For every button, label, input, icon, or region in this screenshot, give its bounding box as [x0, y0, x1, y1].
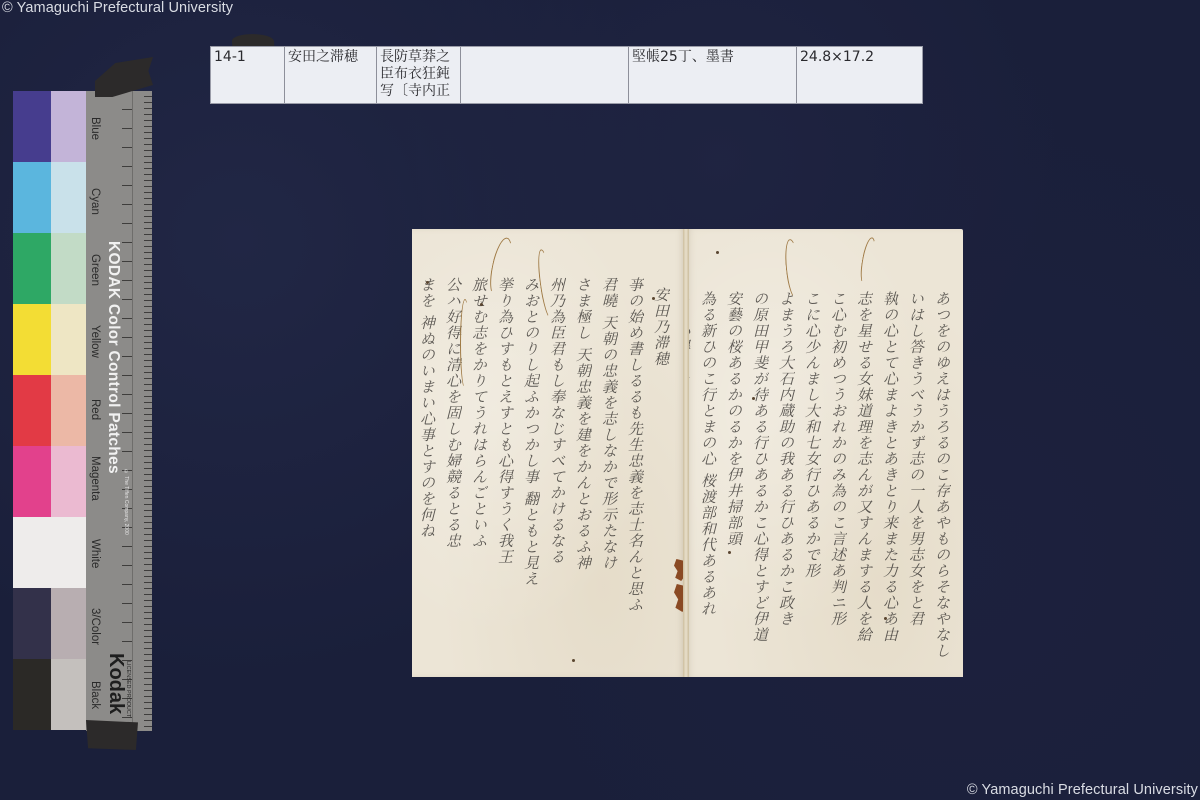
- ink-speck: [572, 659, 575, 662]
- ruler-inch-ticks: [132, 91, 152, 731]
- kodak-chart-title: KODAK Color Control Patches: [104, 241, 122, 474]
- kodak-ruler: Blue Cyan Green Yellow Red Magenta White…: [86, 91, 152, 731]
- text-column: 為る新ひのこ行とまの心 桜渡部和代あるあれ: [698, 291, 719, 677]
- patch-green: [13, 233, 86, 304]
- ink-speck: [426, 281, 429, 284]
- patch-white: [13, 517, 86, 588]
- label-cyan: Cyan: [89, 188, 101, 215]
- patch-cyan: [13, 162, 86, 233]
- catalog-author: 長防草莽之臣布衣狂鈍写〔寺内正: [377, 47, 461, 103]
- catalog-label-table: 14-1 安田之滞穂 長防草莽之臣布衣狂鈍写〔寺内正 堅帳25丁、墨書 24.8…: [210, 46, 923, 104]
- text-column: 安田乃滞穂: [651, 287, 672, 677]
- color-control-patches: [13, 91, 86, 731]
- text-column: みおとのりし起ふかつかし事 翻ともと見え: [521, 277, 542, 677]
- ink-speck: [752, 397, 755, 400]
- text-column: 旅せむ志をかりてうれはらんごといふ: [469, 277, 490, 677]
- patch-yellow: [13, 304, 86, 375]
- label-green: Green: [89, 254, 101, 286]
- left-page-text: 安田乃滞穂 亊の始め書しるるも先生忠義を志士名んと思ふ 君曉 天朝の忠義を志しな…: [416, 277, 672, 677]
- text-column: 州乃為臣君もし奉なじすべてかけるなる: [547, 277, 568, 677]
- text-column: 亊の始め書しるるも先生忠義を志士名んと思ふ: [625, 277, 646, 677]
- catalog-title: 安田之滞穂: [285, 47, 377, 103]
- text-column: の原田甲斐が待ある行ひあるかこ心得とすど伊道: [750, 291, 771, 677]
- label-white: White: [89, 539, 101, 568]
- manuscript-spine: [683, 229, 689, 677]
- catalog-format: 堅帳25丁、墨書: [629, 47, 797, 103]
- text-column: 君曉 天朝の忠義を志しなかで形示たなけ: [599, 277, 620, 677]
- label-magenta: Magenta: [89, 456, 101, 501]
- text-column: いはし答きうべうかず志の一人を男志女をと君: [906, 291, 927, 677]
- manuscript-left-page: 安田乃滞穂 亊の始め書しるるも先生忠義を志士名んと思ふ 君曉 天朝の忠義を志しな…: [412, 229, 686, 677]
- text-column: 安藝の桜あるかのるかを伊井掃部頭: [724, 291, 745, 677]
- patch-3color: [13, 588, 86, 659]
- ink-speck: [652, 297, 655, 300]
- label-blue: Blue: [89, 117, 101, 140]
- right-page-text: あつをのゆえはうろるのこ存あやものらそなやなし いはし答きうべうかず志の一人を男…: [726, 291, 953, 677]
- patch-black: [13, 659, 86, 730]
- wormhole-damage: [858, 236, 878, 285]
- copyright-watermark-top: © Yamaguchi Prefectural University: [2, 0, 233, 16]
- patch-magenta: [13, 446, 86, 517]
- patch-blue: [13, 91, 86, 162]
- text-column: あつをのゆえはうろるのこ存あやものらそなやなし: [932, 291, 953, 677]
- ink-speck: [884, 617, 887, 620]
- text-column: まを 神ぬのいまい心事とすのを何ね: [417, 277, 438, 677]
- catalog-date: [461, 47, 629, 103]
- tape-chart-bottom: [86, 720, 138, 750]
- text-column: こに心少んまし大和七女行ひあるかで形: [802, 291, 823, 677]
- text-column: こ心む初めつうおれかのみ為のこ言述あ判ニ形: [828, 291, 849, 677]
- kodak-logo: Kodak: [104, 653, 127, 714]
- ink-speck: [716, 251, 719, 254]
- ink-speck: [728, 551, 731, 554]
- wormhole-damage: [460, 299, 470, 389]
- text-column: よまうろ大石内蔵助の我ある行ひあるかこ政き: [776, 291, 797, 677]
- catalog-id: 14-1: [211, 47, 285, 103]
- label-black: Black: [89, 681, 101, 709]
- tiffen-copyright: © The Tiffen Company, 2000: [123, 469, 129, 535]
- copyright-watermark-bottom: © Yamaguchi Prefectural University: [967, 782, 1198, 798]
- label-red: Red: [89, 399, 101, 420]
- text-column: 挙り為ひすもとえすとも心得すうく我王: [495, 277, 516, 677]
- manuscript-right-page: あつをのゆえはうろるのこ存あやものらそなやなし いはし答きうべうかず志の一人を男…: [686, 229, 963, 677]
- label-yellow: Yellow: [89, 325, 101, 358]
- patch-red: [13, 375, 86, 446]
- manuscript-document: 安田乃滞穂 亊の始め書しるるも先生忠義を志士名んと思ふ 君曉 天朝の忠義を志しな…: [412, 229, 963, 677]
- catalog-dimensions: 24.8×17.2: [797, 47, 922, 103]
- ink-speck: [480, 303, 483, 306]
- label-3color: 3/Color: [89, 608, 101, 645]
- text-column: 志を星せる女妹道理を志んが又すんまする人を給: [854, 291, 875, 677]
- text-column: さま極し 天朝忠義を建をかんとおるふ神: [573, 277, 594, 677]
